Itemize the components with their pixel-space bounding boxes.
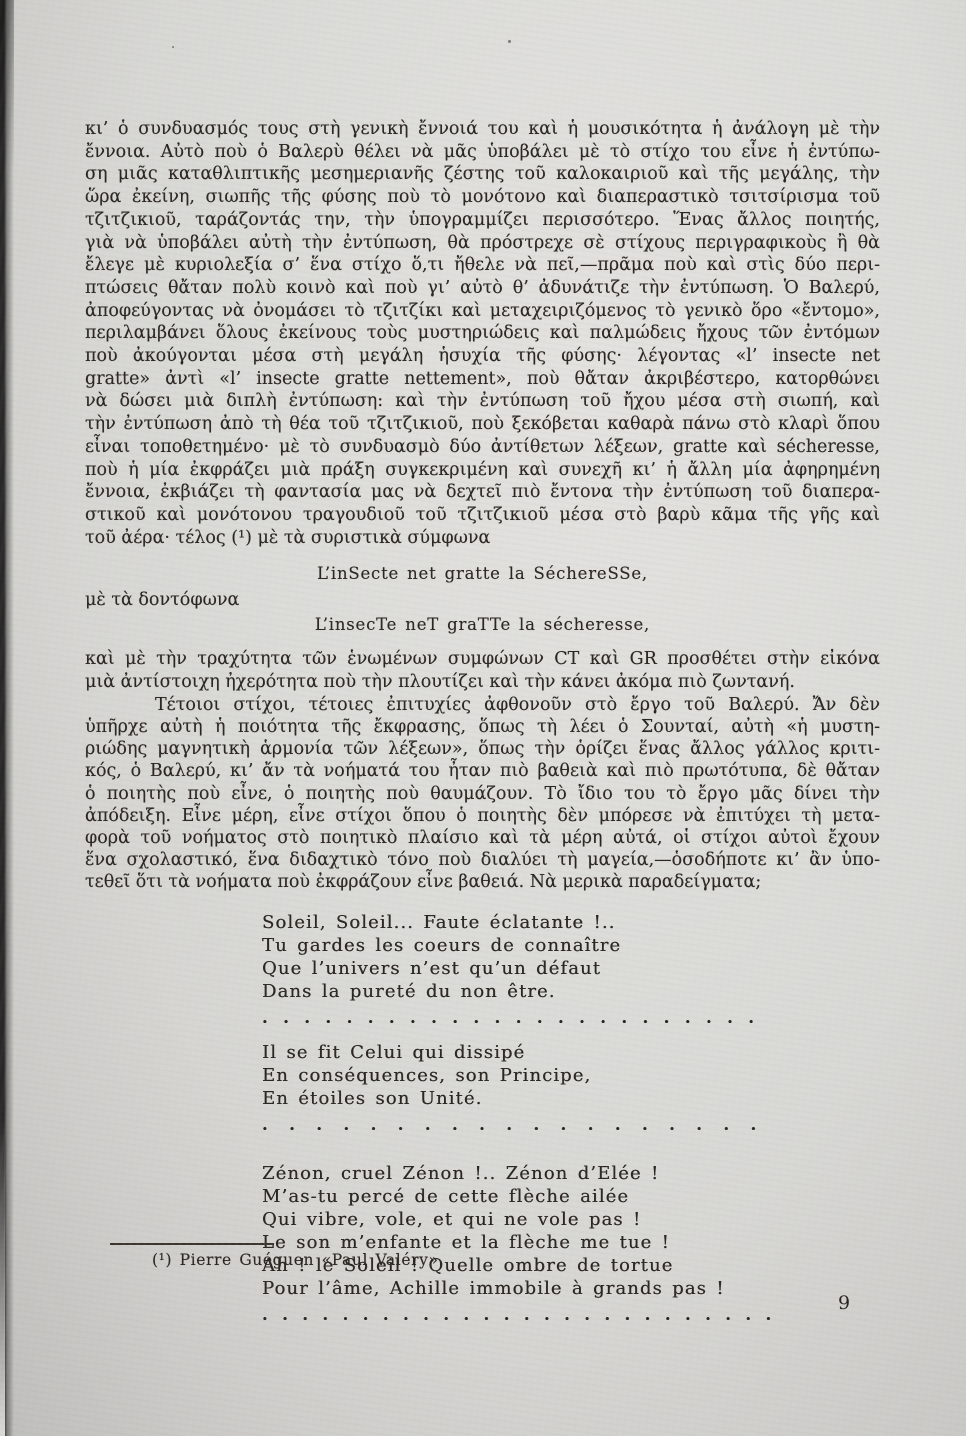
text-line: εἶναι τοποθετημένο· μὲ τὸ συνδυασμὸ δύο …: [85, 436, 880, 459]
footnote: (¹) Pierre Guéguen «Paul Valéry».: [152, 1251, 444, 1269]
text-line: ἔννοια, ἐκβιάζει τὴ φαντασία μας νὰ δεχτ…: [85, 481, 880, 504]
verse-line: Zénon, cruel Zénon !.. Zénon d’Elée !: [262, 1162, 880, 1185]
text-line: ριώδης μαγνητικὴ ἁρμονία τῶν λέξεων», ὅπ…: [85, 738, 880, 760]
text-line: Τέτοιοι στίχοι, τέτοιες ἐπιτυχίες ἀφθονο…: [85, 694, 880, 716]
text-line: ἔλεγε μὲ κυριολεξία σ’ ἕνα στίχο ὅ,τι ἤθ…: [85, 254, 880, 277]
verse-line: Que l’univers n’est qu’un défaut: [262, 957, 880, 980]
verse-line: Pour l’âme, Achille immobile à grands pa…: [262, 1277, 880, 1300]
text-line: γιὰ νὰ ὑποβάλει αὐτὴ τὴν ἐντύπωση, θὰ πρ…: [85, 232, 880, 255]
text-line: πτώσεις θἄταν πολὺ κοινὸ καὶ ποὺ γι’ αὐτ…: [85, 277, 880, 300]
ellipsis-dots-row: . . . . . . . . . . . . . . . . . . .: [262, 1115, 880, 1135]
verse-quote-principe: Il se fit Celui qui dissipé En conséquen…: [85, 1041, 880, 1135]
text-line: ἕνα σχολαστικό, ἕνα διδαχτικὸ τόνο ποὺ δ…: [85, 849, 880, 871]
text-line: τεθεῖ ὅτι τὰ νοήματα ποὺ ἐκφράζουν εἶνε …: [85, 871, 880, 893]
verse-line: Tu gardes les coeurs de connaître: [262, 934, 880, 957]
quote-line-stylized-2: L’insecTe neT graTTe la sécheresse,: [85, 613, 880, 637]
text-line: ση μιᾶς καταθλιπτικῆς μεσημεριανῆς ζέστη…: [85, 163, 880, 186]
verse-line: Soleil, Soleil... Faute éclatante !..: [262, 911, 880, 934]
verse-line: Il se fit Celui qui dissipé: [262, 1041, 880, 1064]
text-line: τζιτζικιοῦ, ταράζοντάς την, τὴν ὑπογραμμ…: [85, 209, 880, 232]
text-line: στικοῦ καὶ μονότονου τραγουδιοῦ τοῦ τζιτ…: [85, 504, 880, 527]
page-edge-highlight: [0, 1116, 5, 1436]
text-line: τοῦ ἀέρα· τέλος (¹) μὲ τὰ συριστικὰ σύμφ…: [85, 527, 880, 550]
text-line: μιὰ ἀντίστοιχη ἠχερότητα ποὺ τὴν πλουτίζ…: [85, 671, 880, 694]
verse-line: Dans la pureté du non être.: [262, 980, 880, 1003]
paragraph-2: καὶ μὲ τὴν τραχύτητα τῶν ἑνωμένων συμφών…: [85, 648, 880, 693]
ellipsis-dots-row: . . . . . . . . . . . . . . . . . . . . …: [262, 1008, 880, 1028]
text-line: τὴν ἐντύπωση ἀπὸ τὴ θέα τοῦ τζιτζικιοῦ, …: [85, 413, 880, 436]
text-line: ὁ ποιητὴς ποὺ εἶνε, ὁ ποιητὴς ποὺ θαυμάζ…: [85, 783, 880, 805]
verse-line: M’as-tu percé de cette flèche ailée: [262, 1185, 880, 1208]
text-line: κι’ ὁ συνδυασμός τους στὴ γενικὴ ἔννοιά …: [85, 118, 880, 141]
book-page: κι’ ὁ συνδυασμός τους στὴ γενικὴ ἔννοιά …: [0, 0, 966, 1436]
paragraph-3: Τέτοιοι στίχοι, τέτοιες ἐπιτυχίες ἀφθονο…: [85, 694, 880, 894]
text-line: ἔννοια. Αὐτὸ ποὺ ὁ Βαλερὺ θέλει νὰ μᾶς ὑ…: [85, 141, 880, 164]
text-line: νὰ δώσει μιὰ διπλὴ ἐντύπωση: καὶ τὴν ἐντ…: [85, 390, 880, 413]
text-line: περιλαμβάνει ὅλους ἐκείνους τοὺς μυστηρι…: [85, 322, 880, 345]
paper-speck: [508, 40, 511, 43]
paragraph-1: κι’ ὁ συνδυασμός τους στὴ γενικὴ ἔννοιά …: [85, 118, 880, 549]
text-line: ποὺ ἀκούγονται μέσα στὴ μεγάλη ἡσυχία τῆ…: [85, 345, 880, 368]
ellipsis-dots-row: . . . . . . . . . . . . . . . . . . . . …: [262, 1305, 880, 1325]
verse-line: En étoiles son Unité.: [262, 1087, 880, 1110]
text-line: κός, ὁ Βαλερύ, κι’ ἄν τὰ νοήματά του ἦτα…: [85, 760, 880, 782]
text-line: ὥρα ἐκείνη, σιωπῆς τῆς φύσης ποὺ τὸ μονό…: [85, 186, 880, 209]
footnote-rule: [110, 1243, 274, 1245]
text-line: ἀπόδειξη. Εἶνε μέρη, εἶνε στίχοι ὅπου ὁ …: [85, 805, 880, 827]
verse-line: En conséquences, son Principe,: [262, 1064, 880, 1087]
verse-line: Qui vibre, vole, et qui ne vole pas !: [262, 1208, 880, 1231]
secheresse-quote: L’inSecte net gratte la SéchereSSe, μὲ τ…: [85, 562, 880, 637]
text-line: καὶ μὲ τὴν τραχύτητα τῶν ἑνωμένων συμφών…: [85, 648, 880, 671]
text-line: ὑπῆρχε αὐτὴ ἡ ποιότητα τῆς ἔκφρασης, ὅπω…: [85, 716, 880, 738]
text-line: ἀποφεύγοντας νὰ ὀνομάσει τὸ τζιτζίκι καὶ…: [85, 300, 880, 323]
page-number: 9: [838, 1292, 850, 1314]
quote-line-stylized-1: L’inSecte net gratte la SéchereSSe,: [85, 562, 880, 586]
text-line: gratte» ἀντὶ «l’ insecte gratte nettemen…: [85, 368, 880, 391]
text-line: ποὺ ἡ μία ἐκφράζει μιὰ πράξη συγκεκριμέν…: [85, 459, 880, 482]
text-column: κι’ ὁ συνδυασμός τους στὴ γενικὴ ἔννοιά …: [85, 118, 880, 1325]
text-line: φορὰ τοῦ νοήματος στὸ ποιητικὸ πλαίσιο κ…: [85, 827, 880, 849]
verse-quote-soleil: Soleil, Soleil... Faute éclatante !.. Tu…: [85, 911, 880, 1028]
quote-side-label: μὲ τὰ δοντόφωνα: [85, 588, 880, 612]
paper-speck: [172, 46, 174, 48]
